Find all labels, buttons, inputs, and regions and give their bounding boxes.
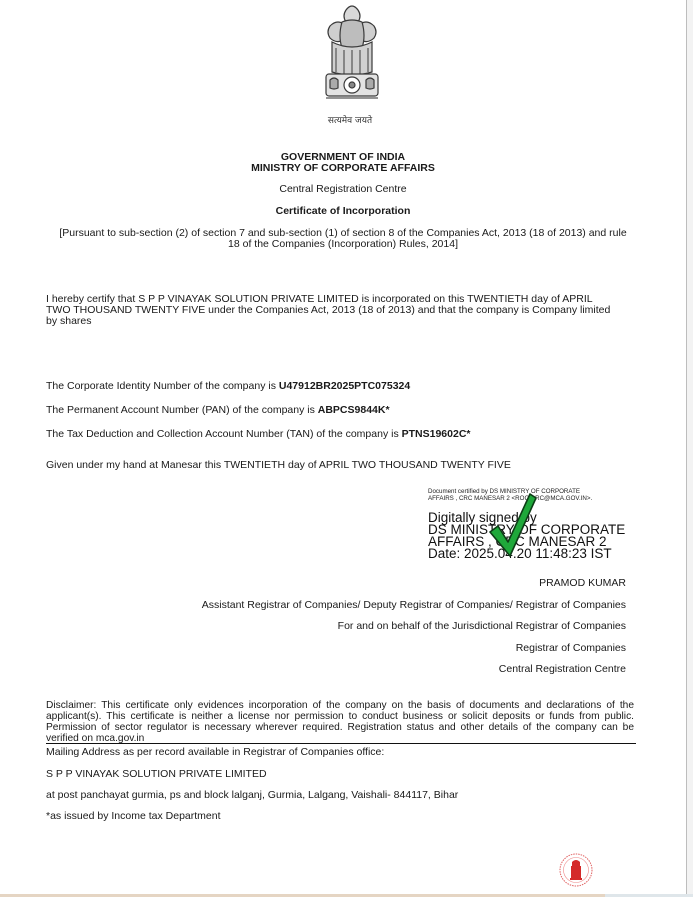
certified-by-line-1: Document certified by DS MINISTRY OF COR… <box>428 488 648 495</box>
signatory-name: PRAMOD KUMAR <box>539 577 626 589</box>
viewer-gutter <box>687 0 693 897</box>
pan-row: The Permanent Account Number (PAN) of th… <box>46 405 390 416</box>
certification-line-2: TWO THOUSAND TWENTY FIVE under the Compa… <box>46 305 610 316</box>
mailing-heading: Mailing Address as per record available … <box>46 747 384 758</box>
cin-value: U47912BR2025PTC075324 <box>279 380 410 392</box>
tan-value: PTNS19602C* <box>402 428 471 440</box>
national-emblem-icon <box>316 0 388 112</box>
given-under-line: Given under my hand at Manesar this TWEN… <box>46 460 511 471</box>
signatory-designation: Assistant Registrar of Companies/ Deputy… <box>202 599 626 611</box>
office-name: Central Registration Centre <box>0 183 686 195</box>
certification-line-3: by shares <box>46 316 92 327</box>
signatory-centre: Central Registration Centre <box>499 663 626 675</box>
mailing-address: at post panchayat gurmia, ps and block l… <box>46 790 458 801</box>
tan-row: The Tax Deduction and Collection Account… <box>46 429 471 440</box>
signatory-registrar: Registrar of Companies <box>516 642 626 654</box>
divider <box>46 743 636 744</box>
digital-signature-block[interactable]: Document certified by DS MINISTRY OF COR… <box>428 488 648 560</box>
cin-row: The Corporate Identity Number of the com… <box>46 381 410 392</box>
pursuant-line-2: 18 of the Companies (Incorporation) Rule… <box>0 238 686 250</box>
ministry-title: MINISTRY OF CORPORATE AFFAIRS <box>0 162 686 174</box>
signatory-behalf: For and on behalf of the Jurisdictional … <box>338 620 626 632</box>
tan-label: The Tax Deduction and Collection Account… <box>46 428 402 440</box>
certified-by-line-2: AFFAIRS , CRC MANESAR 2 <ROC.CRC@MCA.GOV… <box>428 495 648 502</box>
income-tax-footnote: *as issued by Income tax Department <box>46 811 221 822</box>
signature-date: Date: 2025.04.20 11:48:23 IST <box>428 548 648 560</box>
pan-value: ABPCS9844K* <box>318 404 390 416</box>
pan-label: The Permanent Account Number (PAN) of th… <box>46 404 318 416</box>
disclaimer-text: Disclaimer: This certificate only eviden… <box>46 700 634 744</box>
certificate-title: Certificate of Incorporation <box>0 205 686 217</box>
certificate-page: सत्यमेव जयते GOVERNMENT OF INDIA MINISTR… <box>0 0 686 894</box>
green-checkmark-icon <box>486 490 538 560</box>
mailing-company: S P P VINAYAK SOLUTION PRIVATE LIMITED <box>46 769 267 780</box>
emblem-motto: सत्यमेव जयते <box>300 113 400 126</box>
ministry-seal-icon <box>558 852 594 888</box>
cin-label: The Corporate Identity Number of the com… <box>46 380 279 392</box>
